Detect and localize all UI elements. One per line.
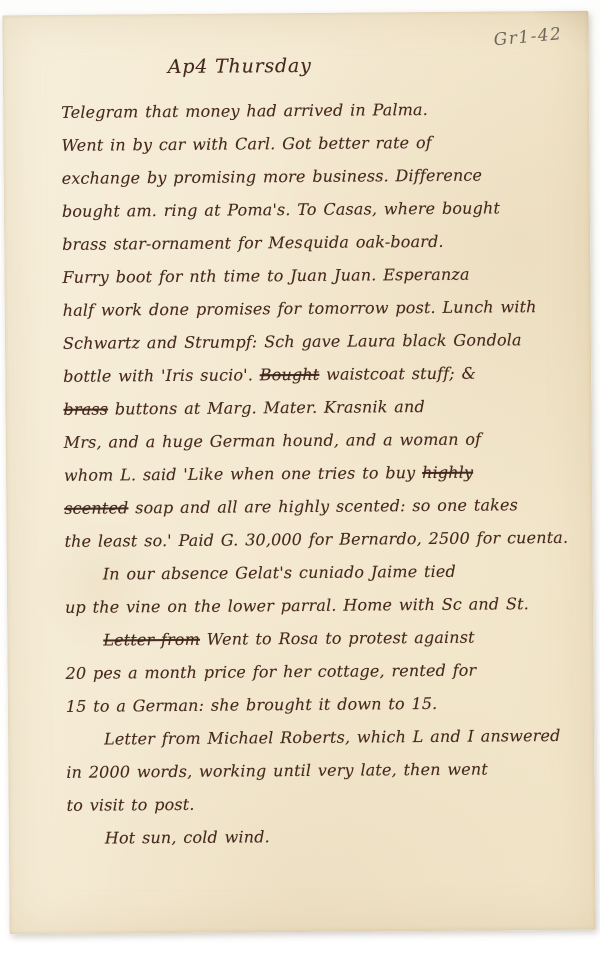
text-segment: brass star-ornament for Mesquida oak-boa… [62,232,444,254]
text-segment: waistcoat stuff; & [326,364,476,384]
text-segment: up the vine on the lower parral. Home wi… [65,594,529,617]
manuscript-line: Telegram that money had arrived in Palma… [3,92,589,130]
manuscript-line: Went in by car with Carl. Got better rat… [3,125,589,163]
manuscript-line: Letter from Michael Roberts, which L and… [8,719,594,757]
text-segment: buttons at Marg. Mater. Krasnik and [115,397,425,418]
manuscript-line: half work done promises for tomorrow pos… [5,290,591,328]
struck-text-segment: highly [422,463,473,482]
manuscript-line: brass buttons at Marg. Mater. Krasnik an… [5,389,591,427]
struck-text-segment: brass [63,399,108,418]
text-segment: bottle with 'Iris sucio'. [63,365,253,385]
text-segment: Mrs, and a huge German hound, and a woma… [64,430,482,452]
text-segment: Schwartz and Strumpf: Sch gave Laura bla… [63,330,522,353]
text-segment: Went to Rosa to protest against [207,628,475,649]
manuscript-line: exchange by promising more business. Dif… [4,158,590,196]
manuscript-line: bought am. ring at Poma's. To Casas, whe… [4,191,590,229]
manuscript-line: in 2000 words, working until very late, … [8,752,594,790]
text-segment: Hot sun, cold wind. [105,827,270,847]
text-segment: Letter from Michael Roberts, which L and… [104,726,561,749]
text-segment: to visit to post. [67,795,195,815]
text-segment: whom L. said 'Like when one tries to buy [64,463,415,485]
text-segment: 15 to a German: she brought it down to 1… [66,694,438,716]
manuscript-line: to visit to post. [8,785,594,823]
manuscript-line: Mrs, and a huge German hound, and a woma… [6,422,592,460]
text-segment: Went in by car with Carl. Got better rat… [61,133,432,155]
entry-date-heading: Ap4 Thursday [168,55,312,78]
struck-text-segment: Letter from [103,630,200,650]
manuscript-page: Gr1-42 Ap4 Thursday Telegram that money … [2,11,595,935]
manuscript-line: Schwartz and Strumpf: Sch gave Laura bla… [5,323,591,361]
manuscript-line: Furry boot for nth time to Juan Juan. Es… [4,257,590,295]
manuscript-line: 20 pes a month price for her cottage, re… [7,653,593,691]
manuscript-line: Hot sun, cold wind. [9,818,595,856]
struck-text-segment: Bought [260,365,320,384]
text-segment: bought am. ring at Poma's. To Casas, whe… [62,198,500,220]
struck-text-segment: scented [64,498,128,518]
text-segment: exchange by promising more business. Dif… [62,166,483,188]
manuscript-line: 15 to a German: she brought it down to 1… [8,686,594,724]
text-segment: soap and all are highly scented: so one … [135,495,518,517]
text-segment: the least so.' Paid G. 30,000 for Bernar… [64,528,568,551]
manuscript-line: up the vine on the lower parral. Home wi… [7,587,593,625]
scan-background: Gr1-42 Ap4 Thursday Telegram that money … [0,0,600,960]
text-segment: half work done promises for tomorrow pos… [63,297,537,320]
manuscript-line: In our absence Gelat's cuniado Jaime tie… [7,554,593,592]
text-segment: in 2000 words, working until very late, … [66,760,488,782]
manuscript-line: Letter from Went to Rosa to protest agai… [7,620,593,658]
manuscript-line: scented soap and all are highly scented:… [6,488,592,526]
manuscript-line: bottle with 'Iris sucio'. Bought waistco… [5,356,591,394]
manuscript-line: brass star-ornament for Mesquida oak-boa… [4,224,590,262]
text-segment: In our absence Gelat's cuniado Jaime tie… [103,562,456,584]
manuscript-line: the least so.' Paid G. 30,000 for Bernar… [6,521,592,559]
manuscript-body: Telegram that money had arrived in Palma… [3,92,595,856]
text-segment: Furry boot for nth time to Juan Juan. Es… [62,265,469,287]
text-segment: 20 pes a month price for her cottage, re… [65,661,476,683]
text-segment: Telegram that money had arrived in Palma… [61,100,428,122]
manuscript-line: whom L. said 'Like when one tries to buy… [6,455,592,493]
